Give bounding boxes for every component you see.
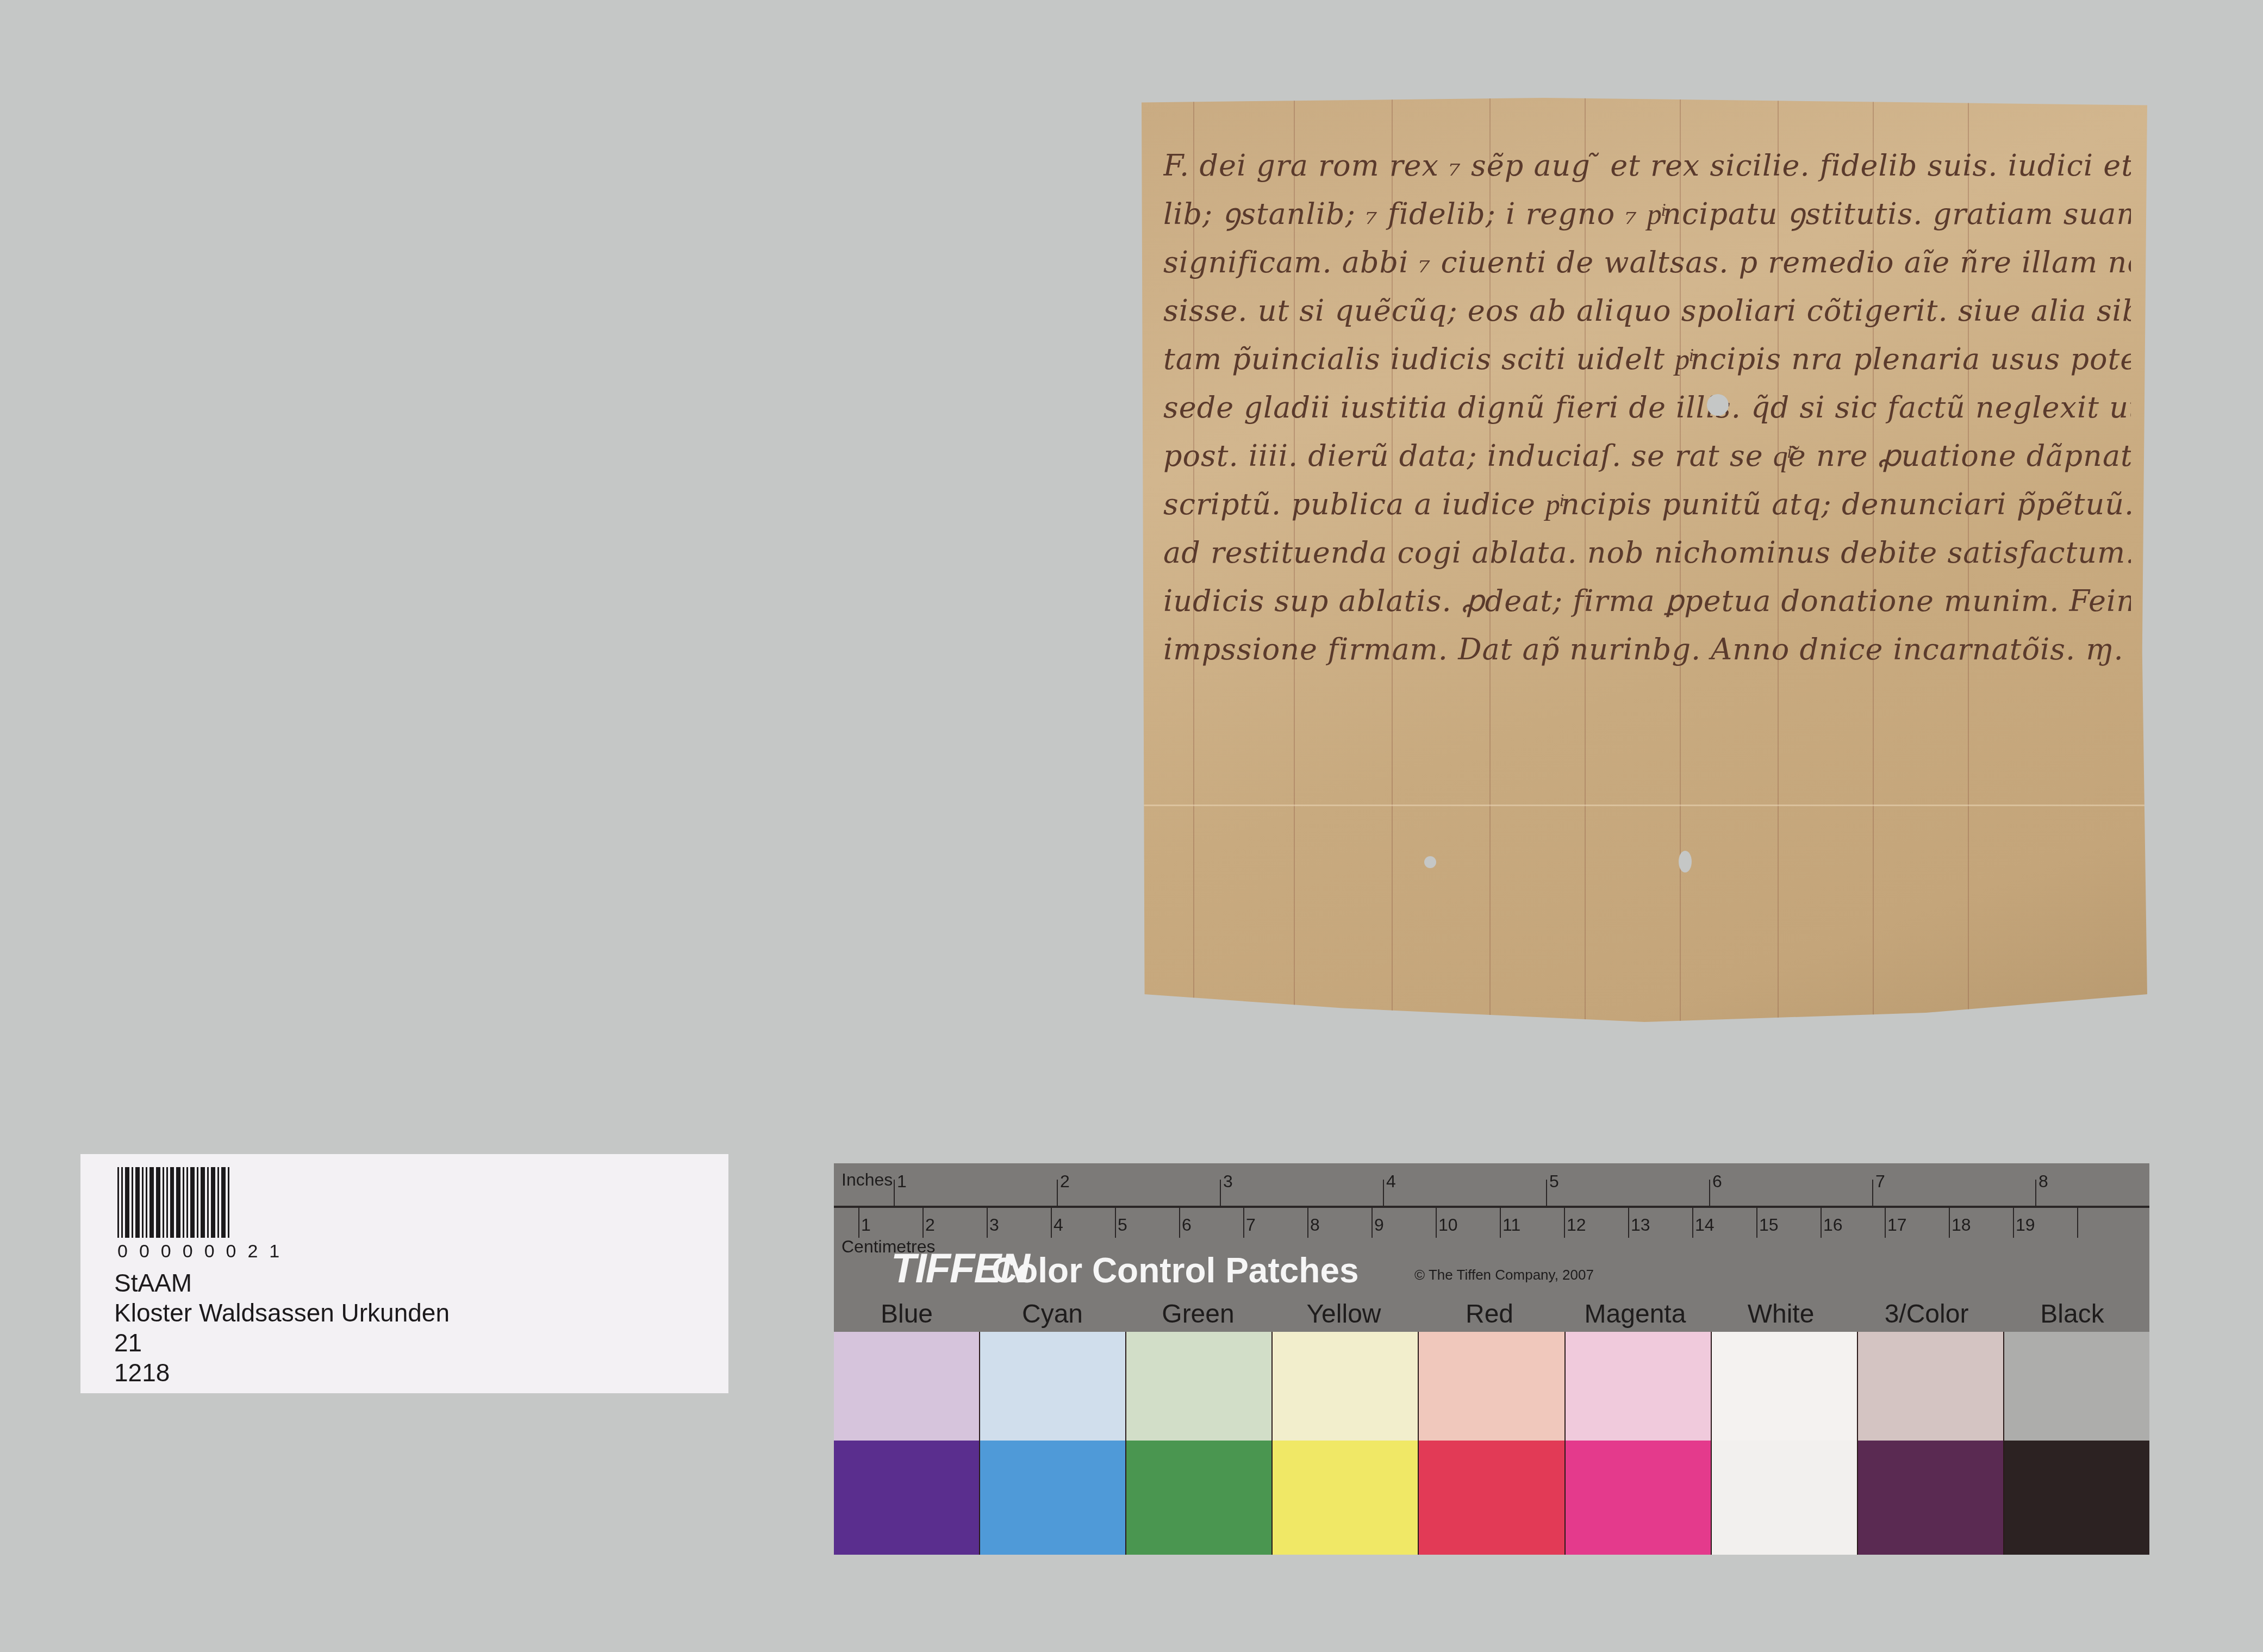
text-line: post. iiii. dierũ data; induciaſ. se rat… xyxy=(1163,432,2131,480)
patch-cyan-light xyxy=(980,1332,1126,1441)
patch-magenta-dark xyxy=(1566,1441,1712,1555)
cm-tick: 2 xyxy=(925,1215,935,1235)
color-control-chart: Inches 1 2 3 4 5 6 7 8 1 2 3 4 5 6 7 8 9… xyxy=(834,1163,2149,1560)
patch-blue-light xyxy=(834,1332,980,1441)
cm-tick: 3 xyxy=(989,1215,999,1235)
collection-name: Kloster Waldsassen Urkunden xyxy=(114,1298,450,1327)
archive-label: 00000021 StAAM Kloster Waldsassen Urkund… xyxy=(80,1154,728,1393)
patch-label-yellow: Yellow xyxy=(1271,1299,1417,1329)
patches-dark-row xyxy=(834,1441,2149,1555)
parchment-hole xyxy=(1707,394,1729,416)
patch-labels: Blue Cyan Green Yellow Red Magenta White… xyxy=(834,1299,2149,1332)
patch-label-magenta: Magenta xyxy=(1562,1299,1708,1329)
cm-tick: 5 xyxy=(1118,1215,1127,1235)
patch-label-red: Red xyxy=(1417,1299,1562,1329)
cm-tick: 11 xyxy=(1503,1215,1520,1235)
patch-3color-dark xyxy=(1858,1441,2004,1555)
cm-tick: 13 xyxy=(1631,1215,1650,1235)
text-line: scriptũ. publica a iudice pͥncipis punit… xyxy=(1163,480,2131,528)
inch-tick: 4 xyxy=(1386,1171,1396,1192)
cm-tick: 17 xyxy=(1887,1215,1907,1235)
patch-white-light xyxy=(1712,1332,1858,1441)
cm-tick: 9 xyxy=(1374,1215,1384,1235)
ruler-axis xyxy=(834,1206,2149,1208)
copyright-notice: © The Tiffen Company, 2007 xyxy=(1414,1267,1594,1283)
charter-text: F. dei gra rom rex ₇ sẽp aug ̃ et rex si… xyxy=(1163,141,2131,674)
text-line: impssione firmam. Dat ap̃ nurinbg. Anno … xyxy=(1163,625,2131,674)
inch-tick: 1 xyxy=(897,1171,907,1192)
institution-name: StAAM xyxy=(114,1268,192,1298)
patch-white-dark xyxy=(1712,1441,1858,1555)
patch-yellow-dark xyxy=(1273,1441,1419,1555)
patch-label-3color: 3/Color xyxy=(1854,1299,1999,1329)
patch-black-dark xyxy=(2004,1441,2149,1555)
inch-tick: 8 xyxy=(2038,1171,2048,1192)
inch-tick: 6 xyxy=(1712,1171,1722,1192)
cm-tick: 8 xyxy=(1310,1215,1320,1235)
patch-label-green: Green xyxy=(1125,1299,1271,1329)
patch-black-light xyxy=(2004,1332,2149,1441)
parchment-hole xyxy=(1679,851,1692,872)
fold-crease xyxy=(1142,805,2147,806)
inch-tick: 7 xyxy=(1875,1171,1885,1192)
cm-tick: 4 xyxy=(1053,1215,1063,1235)
cm-tick: 10 xyxy=(1438,1215,1458,1235)
text-line: F. dei gra rom rex ₇ sẽp aug ̃ et rex si… xyxy=(1163,141,2131,190)
patch-label-blue: Blue xyxy=(834,1299,980,1329)
parchment-hole xyxy=(1424,856,1436,868)
charter-parchment: F. dei gra rom rex ₇ sẽp aug ̃ et rex si… xyxy=(1142,98,2147,1022)
patches-light-row xyxy=(834,1332,2149,1441)
cm-tick: 19 xyxy=(2016,1215,2035,1235)
cm-tick: 12 xyxy=(1567,1215,1586,1235)
inch-tick: 5 xyxy=(1549,1171,1559,1192)
cm-tick: 6 xyxy=(1182,1215,1192,1235)
inch-tick: 3 xyxy=(1223,1171,1233,1192)
text-line: significam. abbi ₇ ciuenti de waltsas. p… xyxy=(1163,238,2131,286)
item-number: 21 xyxy=(114,1328,142,1357)
patch-cyan-dark xyxy=(980,1441,1126,1555)
cm-tick: 7 xyxy=(1246,1215,1256,1235)
patch-3color-light xyxy=(1858,1332,2004,1441)
text-line: iudicis sup ablatis. ꝓdeat; firma ꝑpetua… xyxy=(1163,577,2131,625)
patch-red-dark xyxy=(1419,1441,1565,1555)
patch-label-white: White xyxy=(1708,1299,1854,1329)
cm-tick: 1 xyxy=(861,1215,871,1235)
item-year: 1218 xyxy=(114,1358,170,1387)
cm-tick: 14 xyxy=(1695,1215,1715,1235)
patch-label-black: Black xyxy=(1999,1299,2145,1329)
text-line: lib; ꝯstanlib; ₇ fidelib; i regno ₇ pͥnc… xyxy=(1163,190,2131,238)
barcode xyxy=(117,1167,232,1238)
text-line: ad restituenda cogi ablata. nob nichomin… xyxy=(1163,528,2131,577)
cm-tick: 15 xyxy=(1759,1215,1779,1235)
cm-tick: 16 xyxy=(1823,1215,1843,1235)
patch-magenta-light xyxy=(1566,1332,1712,1441)
text-line: sede gladii iustitia dignũ fieri de illi… xyxy=(1163,383,2131,432)
chart-title: Color Control Patches xyxy=(992,1250,1359,1291)
inch-tick: 2 xyxy=(1060,1171,1070,1192)
patch-blue-dark xyxy=(834,1441,980,1555)
barcode-number: 00000021 xyxy=(117,1241,291,1262)
patch-green-dark xyxy=(1126,1441,1273,1555)
patch-yellow-light xyxy=(1273,1332,1419,1441)
inches-label: Inches xyxy=(841,1170,893,1190)
patch-red-light xyxy=(1419,1332,1565,1441)
cm-tick: 18 xyxy=(1952,1215,1971,1235)
patch-green-light xyxy=(1126,1332,1273,1441)
patch-label-cyan: Cyan xyxy=(980,1299,1125,1329)
text-line: sisse. ut si quẽcũq; eos ab aliquo spoli… xyxy=(1163,286,2131,335)
text-line: tam p̃uincialis iudicis sciti uidelt pͥn… xyxy=(1163,335,2131,383)
